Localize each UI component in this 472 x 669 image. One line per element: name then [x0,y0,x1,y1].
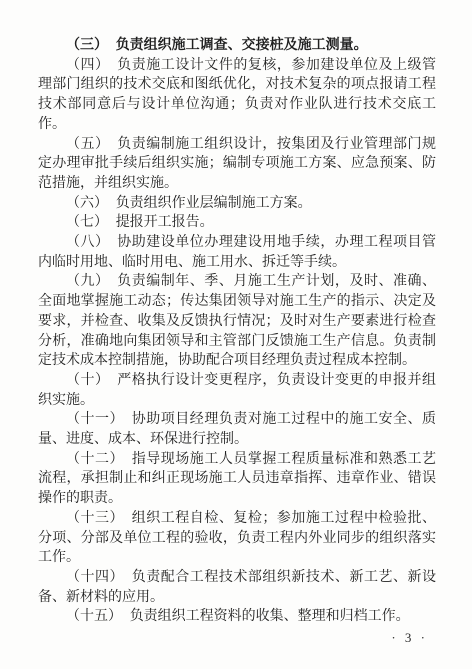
item-label: （十三） [66,511,124,526]
list-item: （十）严格执行设计变更程序，负责设计变更的申报并组织实施。 [38,371,436,410]
list-item: （十一）协助项目经理负责对施工过程中的施工安全、质量、进度、成本、环保进行控制。 [38,410,436,449]
list-item: （十三）组织工程自检、复检；参加施工过程中检验批、分项、分部及单位工程的验收，负… [38,509,436,568]
item-label: （十二） [66,452,124,467]
item-label: （十四） [66,570,124,585]
item-text: 负责组织施工调查、交接桩及施工测量。 [116,38,368,53]
item-label: （四） [66,58,110,73]
list-item: （五）负责编制施工组织设计，按集团及行业管理部门规定办理审批手续后组织实施；编制… [38,135,436,194]
item-label: （六） [66,196,108,211]
list-item: （四）负责施工设计文件的复核，参加建设单位及上级管理部门组织的技术交底和图纸优化… [38,56,436,135]
document-page: （三）负责组织施工调查、交接桩及施工测量。 （四）负责施工设计文件的复核，参加建… [38,36,436,627]
list-item: （十四）负责配合工程技术部组织新技术、新工艺、新设备、新材料的应用。 [38,568,436,607]
list-item: （三）负责组织施工调查、交接桩及施工测量。 [38,36,436,56]
item-label: （七） [66,215,108,230]
item-label: （三） [66,38,108,53]
list-item: （十五）负责组织工程资料的收集、整理和归档工作。 [38,607,436,627]
item-label: （五） [66,137,110,152]
item-text: 负责组织工程资料的收集、整理和归档工作。 [130,609,410,624]
list-item: （九）负责编制年、季、月施工生产计划，及时、准确、全面地掌握施工动态；传达集团领… [38,272,436,371]
page-number: · 3 · [391,630,428,646]
item-text: 提报开工报告。 [116,215,214,230]
list-item: （八）协助建设单位办理建设用地手续，办理工程项目管内临时用地、临时用电、施工用水… [38,233,436,272]
list-item: （六）负责组织作业层编制施工方案。 [38,194,436,214]
item-text: 负责组织作业层编制施工方案。 [116,196,312,211]
list-item: （十二）指导现场施工人员掌握工程质量标准和熟悉工艺流程，承担制止和纠正现场施工人… [38,450,436,509]
item-label: （九） [66,274,110,289]
item-label: （十） [66,373,110,388]
item-label: （八） [66,235,110,250]
list-item: （七）提报开工报告。 [38,213,436,233]
item-label: （十一） [66,412,124,427]
item-label: （十五） [66,609,122,624]
